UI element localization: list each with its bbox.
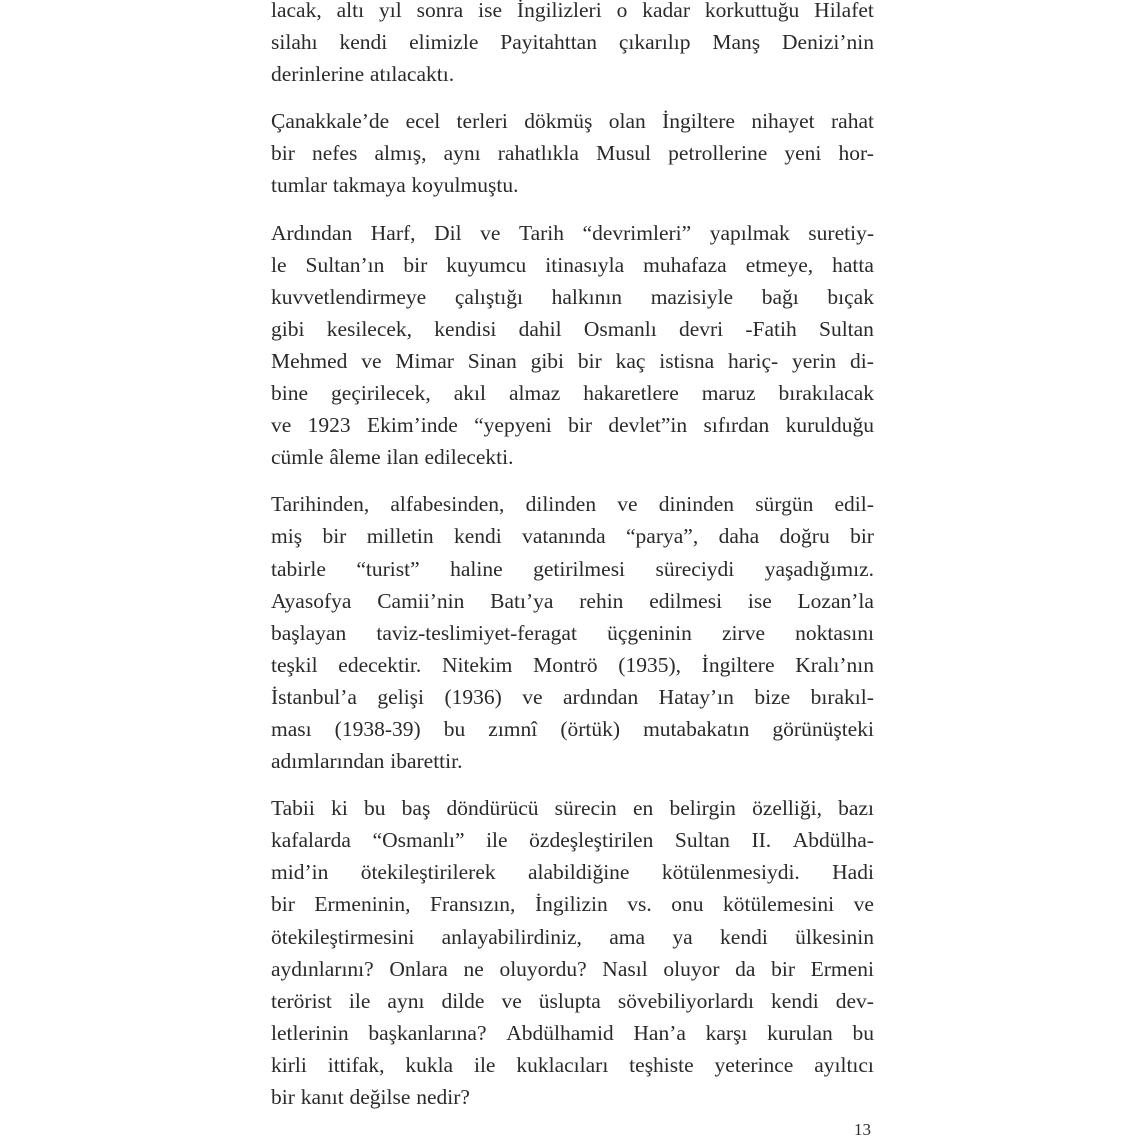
word: adımlarından: [271, 745, 384, 777]
word: vatanında: [522, 520, 606, 552]
text-line: birnefesalmış,aynırahatlıklaMusulpetroll…: [271, 137, 874, 169]
word: yaşadığımız.: [765, 553, 874, 585]
word: Hatay’ın: [659, 681, 734, 713]
word: mazisiyle: [651, 281, 733, 313]
word: taviz-teslimiyet-feragat: [376, 617, 577, 649]
word: âleme: [329, 441, 380, 473]
word: kuklacıları: [516, 1049, 608, 1081]
word: Sultan: [819, 313, 874, 345]
word: Harf,: [371, 217, 416, 249]
word: özdeşleştirilen: [529, 824, 653, 856]
word: Osmanlı: [584, 313, 657, 345]
word: -Fatih: [745, 313, 796, 345]
word: (1936): [444, 681, 501, 713]
text-line: birkanıtdeğilsenedir?: [271, 1081, 874, 1113]
word: kendisi: [434, 313, 496, 345]
word: Ekim’inde: [367, 409, 458, 441]
word: devlet”in: [608, 409, 687, 441]
word: sonra: [417, 0, 464, 26]
word: hariç-: [728, 345, 778, 377]
word: letlerinin: [271, 1017, 349, 1049]
word: kötülenmesiydi.: [662, 856, 800, 888]
word: bu: [364, 792, 386, 824]
word: bir: [850, 520, 874, 552]
word: değilse: [349, 1081, 410, 1113]
text-line: tabirle“turist”halinegetirilmesisüreciyd…: [271, 553, 874, 585]
word: Sultan’ın: [306, 249, 385, 281]
text-line: lacak,altıyılsonraiseİngilizleriokadarko…: [271, 0, 874, 26]
word: kukla: [405, 1049, 453, 1081]
word: haline: [450, 553, 503, 585]
word: Sultan: [675, 824, 730, 856]
word: Çanakkale’de: [271, 105, 389, 137]
word: ile: [349, 985, 371, 1017]
word: “turist”: [356, 553, 419, 585]
word: alabildiğine: [528, 856, 630, 888]
page-number: 13: [854, 1120, 871, 1140]
word: etmeye,: [746, 249, 813, 281]
word: başlayan: [271, 617, 346, 649]
word: ise: [478, 0, 502, 26]
word: bıçak: [827, 281, 874, 313]
word: Abdülha-: [793, 824, 874, 856]
word: maruz: [702, 377, 756, 409]
word: elimizle: [409, 26, 478, 58]
word: mutabakatın: [643, 713, 749, 745]
word: zirve: [722, 617, 765, 649]
word: bu: [852, 1017, 874, 1049]
word: kaç: [616, 345, 646, 377]
word: hakaretlere: [583, 377, 678, 409]
word: bir: [271, 137, 295, 169]
word: kanıt: [301, 1081, 344, 1113]
word: bağı: [762, 281, 799, 313]
word: Manş: [712, 26, 760, 58]
word: almaz: [509, 377, 560, 409]
paragraph: Tabiikibubaşdöndürücüsürecinenbelirginöz…: [271, 792, 874, 1113]
text-line: derinlerineatılacaktı.: [271, 58, 874, 90]
book-page-body: lacak,altıyılsonraiseİngilizleriokadarko…: [271, 0, 874, 1128]
text-line: aydınlarını?Onlaraneoluyordu?Nasıloluyor…: [271, 953, 874, 985]
word: Musul: [596, 137, 651, 169]
word: nihayet: [751, 105, 814, 137]
word: Onlara: [389, 953, 448, 985]
word: akıl: [454, 377, 486, 409]
word: İngiltere: [662, 105, 735, 137]
word: teşkil: [271, 649, 318, 681]
word: le: [271, 249, 287, 281]
word: bırakıl-: [811, 681, 874, 713]
word: kendi: [339, 26, 387, 58]
word: Ayasofya: [271, 585, 351, 617]
word: dev-: [836, 985, 874, 1017]
word: ve: [271, 409, 291, 441]
word: sıfırdan: [704, 409, 770, 441]
word: kendi: [771, 985, 819, 1017]
text-line: AyasofyaCamii’ninBatı’yarehinedilmesiise…: [271, 585, 874, 617]
word: suretiy-: [808, 217, 874, 249]
text-line: mid’inötekileştirilerekalabildiğinekötül…: [271, 856, 874, 888]
word: kendi: [720, 921, 768, 953]
word: üslupta: [539, 985, 601, 1017]
word: yapılmak: [710, 217, 790, 249]
word: o: [617, 0, 628, 26]
word: Hadi: [832, 856, 874, 888]
word: Nasıl: [602, 953, 647, 985]
word: silahı: [271, 26, 318, 58]
word: karşı: [706, 1017, 748, 1049]
word: ise: [748, 585, 772, 617]
word: baş: [402, 792, 431, 824]
word: ayıltıcı: [814, 1049, 874, 1081]
text-line: gibikesilecek,kendisidahilOsmanlıdevri-F…: [271, 313, 874, 345]
word: özelliği,: [752, 792, 822, 824]
word: edil-: [835, 488, 874, 520]
word: İngilizin: [535, 888, 608, 920]
word: dininden: [659, 488, 734, 520]
word: getirilmesi: [533, 553, 625, 585]
word: Ermeninin,: [314, 888, 410, 920]
word: gibi: [271, 313, 304, 345]
word: Montrö: [533, 649, 598, 681]
word: atılacaktı.: [370, 58, 454, 90]
word: bu: [444, 713, 466, 745]
word: ülkesinin: [795, 921, 874, 953]
word: bir: [578, 345, 602, 377]
word: kuyumcu: [446, 249, 526, 281]
word: bir: [568, 409, 592, 441]
word: edilecekti.: [425, 441, 514, 473]
word: daha: [719, 520, 760, 552]
paragraph: lacak,altıyılsonraiseİngilizleriokadarko…: [271, 0, 874, 90]
word: rahatlıkla: [498, 137, 579, 169]
word: cümle: [271, 441, 324, 473]
word: bir: [403, 249, 427, 281]
text-line: ArdındanHarf,DilveTarih“devrimleri”yapıl…: [271, 217, 874, 249]
word: sürecin: [555, 792, 617, 824]
word: çalıştığı: [455, 281, 523, 313]
text-line: ötekileştirmesinianlayabilirdiniz,amayak…: [271, 921, 874, 953]
word: olan: [609, 105, 646, 137]
word: Payitahttan: [500, 26, 597, 58]
word: rehin: [579, 585, 623, 617]
word: kuvvetlendirmeye: [271, 281, 426, 313]
text-line: kirliittifak,kuklailekuklacılarıteşhiste…: [271, 1049, 874, 1081]
word: bir: [271, 888, 295, 920]
word: ilan: [386, 441, 418, 473]
word: gelişi: [377, 681, 424, 713]
word: sürgün: [755, 488, 813, 520]
word: ve: [361, 345, 381, 377]
word: Fransızın,: [430, 888, 515, 920]
word: mid’in: [271, 856, 328, 888]
word: Abdülhamid: [506, 1017, 614, 1049]
word: döndürücü: [447, 792, 539, 824]
word: bize: [754, 681, 790, 713]
word: dilinden: [526, 488, 596, 520]
word: terörist: [271, 985, 332, 1017]
word: üçgeninin: [607, 617, 692, 649]
word: İngilizleri: [517, 0, 602, 26]
word: nefes: [312, 137, 357, 169]
word: “Osmanlı”: [373, 824, 465, 856]
word: süreciydi: [655, 553, 734, 585]
word: belirgin: [669, 792, 735, 824]
word: geçirilecek,: [331, 377, 431, 409]
text-line: binegeçirilecek,akılalmazhakaretleremaru…: [271, 377, 874, 409]
text-line: başlayantaviz-teslimiyet-feragatüçgenini…: [271, 617, 874, 649]
word: bırakılacak: [778, 377, 874, 409]
paragraph: ArdındanHarf,DilveTarih“devrimleri”yapıl…: [271, 217, 874, 474]
word: Denizi’nin: [782, 26, 874, 58]
word: ve: [501, 985, 521, 1017]
word: Sinan: [468, 345, 517, 377]
text-line: Tarihinden,alfabesinden,dilindenvedinind…: [271, 488, 874, 520]
word: başkanlarına?: [368, 1017, 486, 1049]
word: çıkarılıp: [619, 26, 691, 58]
word: Nitekim: [442, 649, 512, 681]
word: Mimar: [395, 345, 454, 377]
word: nedir?: [416, 1081, 470, 1113]
word: İstanbul’a: [271, 681, 357, 713]
word: teşhiste: [629, 1049, 694, 1081]
text-line: Çanakkale’deecelterleridökmüşolanİngilte…: [271, 105, 874, 137]
word: sövebiliyorlardı: [618, 985, 754, 1017]
text-line: kafalarda“Osmanlı”ileözdeşleştirilenSult…: [271, 824, 874, 856]
word: noktasını: [795, 617, 874, 649]
word: ve: [522, 681, 542, 713]
word: kurulan: [767, 1017, 833, 1049]
word: di-: [850, 345, 874, 377]
word: yeni: [784, 137, 821, 169]
word: ecel: [406, 105, 441, 137]
word: petrollerine: [668, 137, 767, 169]
word: yeterince: [715, 1049, 794, 1081]
word: bazı: [838, 792, 874, 824]
word: derinlerine: [271, 58, 364, 90]
word: 1923: [308, 409, 351, 441]
text-line: adımlarındanibarettir.: [271, 745, 874, 777]
word: kesilecek,: [327, 313, 412, 345]
word: altı: [337, 0, 364, 26]
word: “devrimleri”: [583, 217, 692, 249]
word: Dil: [434, 217, 461, 249]
word: Tarihinden,: [271, 488, 369, 520]
word: kendi: [454, 520, 502, 552]
word: terleri: [457, 105, 508, 137]
word: “yepyeni: [474, 409, 552, 441]
word: tumlar: [271, 169, 327, 201]
text-line: kuvvetlendirmeyeçalıştığıhalkınınmazisiy…: [271, 281, 874, 313]
word: II.: [751, 824, 771, 856]
word: İngiltere: [702, 649, 775, 681]
word: vs.: [627, 888, 652, 920]
word: muhafaza: [643, 249, 727, 281]
word: Camii’nin: [377, 585, 464, 617]
word: tabirle: [271, 553, 326, 585]
word: devri: [679, 313, 723, 345]
word: Batı’ya: [490, 585, 553, 617]
text-line: birErmeninin,Fransızın,İngilizinvs.onukö…: [271, 888, 874, 920]
word: aynı: [387, 985, 424, 1017]
word: onu: [671, 888, 703, 920]
word: milletin: [367, 520, 434, 552]
word: korkuttuğu: [705, 0, 799, 26]
word: Mehmed: [271, 345, 347, 377]
word: aydınlarını?: [271, 953, 374, 985]
word: Tabii: [271, 792, 315, 824]
word: kötülemesini: [723, 888, 834, 920]
word: doğru: [780, 520, 830, 552]
word: lacak,: [271, 0, 322, 26]
word: edilmesi: [649, 585, 722, 617]
word: koyulmuştu.: [412, 169, 519, 201]
text-line: silahıkendielimizlePayitahttançıkarılıpM…: [271, 26, 874, 58]
word: takmaya: [333, 169, 406, 201]
word: Hilafet: [814, 0, 874, 26]
text-line: tumlartakmayakoyulmuştu.: [271, 169, 874, 201]
word: bir: [771, 953, 795, 985]
word: ama: [609, 921, 645, 953]
word: istisna: [659, 345, 714, 377]
word: kurulduğu: [786, 409, 874, 441]
word: da: [735, 953, 755, 985]
word: dökmüş: [524, 105, 592, 137]
word: almış,: [375, 137, 427, 169]
text-line: teröristileaynıdildeveüsluptasövebiliyor…: [271, 985, 874, 1017]
word: halkının: [552, 281, 622, 313]
text-line: İstanbul’agelişi(1936)veardındanHatay’ın…: [271, 681, 874, 713]
word: Ermeni: [811, 953, 874, 985]
word: “parya”,: [626, 520, 698, 552]
word: ya: [672, 921, 692, 953]
word: edecektir.: [338, 649, 421, 681]
word: ile: [474, 1049, 496, 1081]
word: kirli: [271, 1049, 307, 1081]
word: hatta: [832, 249, 874, 281]
word: ardından: [563, 681, 638, 713]
word: itinasıyla: [545, 249, 624, 281]
word: ve: [617, 488, 637, 520]
word: ması: [271, 713, 312, 745]
word: en: [633, 792, 653, 824]
word: hor-: [839, 137, 874, 169]
word: Tarih: [519, 217, 564, 249]
text-line: MehmedveMimarSinangibibirkaçistisnahariç…: [271, 345, 874, 377]
word: ve: [854, 888, 874, 920]
word: ile: [486, 824, 508, 856]
word: (1935),: [618, 649, 681, 681]
word: yıl: [379, 0, 402, 26]
word: Lozan’la: [798, 585, 874, 617]
word: (örtük): [560, 713, 620, 745]
word: ve: [480, 217, 500, 249]
word: bir: [322, 520, 346, 552]
word: anlayabilirdiniz,: [442, 921, 582, 953]
text-line: Tabiikibubaşdöndürücüsürecinenbelirginöz…: [271, 792, 874, 824]
word: oluyordu?: [499, 953, 586, 985]
paragraph: Çanakkale’deecelterleridökmüşolanİngilte…: [271, 105, 874, 201]
text-line: teşkiledecektir.NitekimMontrö(1935),İngi…: [271, 649, 874, 681]
word: Kralı’nın: [795, 649, 874, 681]
word: dilde: [441, 985, 484, 1017]
text-line: mişbirmilletinkendivatanında“parya”,daha…: [271, 520, 874, 552]
word: oluyor: [663, 953, 719, 985]
text-line: letlerininbaşkanlarına?AbdülhamidHan’aka…: [271, 1017, 874, 1049]
word: ötekileştirilerek: [361, 856, 496, 888]
word: kafalarda: [271, 824, 351, 856]
text-line: ması(1938-39)buzımnî(örtük)mutabakatıngö…: [271, 713, 874, 745]
word: bine: [271, 377, 308, 409]
word: miş: [271, 520, 302, 552]
word: Han’a: [633, 1017, 686, 1049]
word: bir: [271, 1081, 295, 1113]
text-line: leSultan’ınbirkuyumcuitinasıylamuhafazae…: [271, 249, 874, 281]
text-line: ve1923Ekim’inde“yepyenibirdevlet”insıfır…: [271, 409, 874, 441]
word: (1938-39): [335, 713, 421, 745]
word: aynı: [444, 137, 481, 169]
word: ittifak,: [328, 1049, 385, 1081]
word: Ardından: [271, 217, 352, 249]
text-line: cümleâlemeilanedilecekti.: [271, 441, 874, 473]
word: alfabesinden,: [390, 488, 504, 520]
word: rahat: [831, 105, 874, 137]
word: görünüşteki: [772, 713, 874, 745]
word: yerin: [792, 345, 836, 377]
word: ötekileştirmesini: [271, 921, 414, 953]
paragraph: Tarihinden,alfabesinden,dilindenvedinind…: [271, 488, 874, 777]
word: ki: [331, 792, 348, 824]
word: gibi: [531, 345, 564, 377]
word: ibarettir.: [390, 745, 462, 777]
word: kadar: [642, 0, 690, 26]
word: zımnî: [488, 713, 537, 745]
word: dahil: [519, 313, 562, 345]
word: ne: [464, 953, 484, 985]
